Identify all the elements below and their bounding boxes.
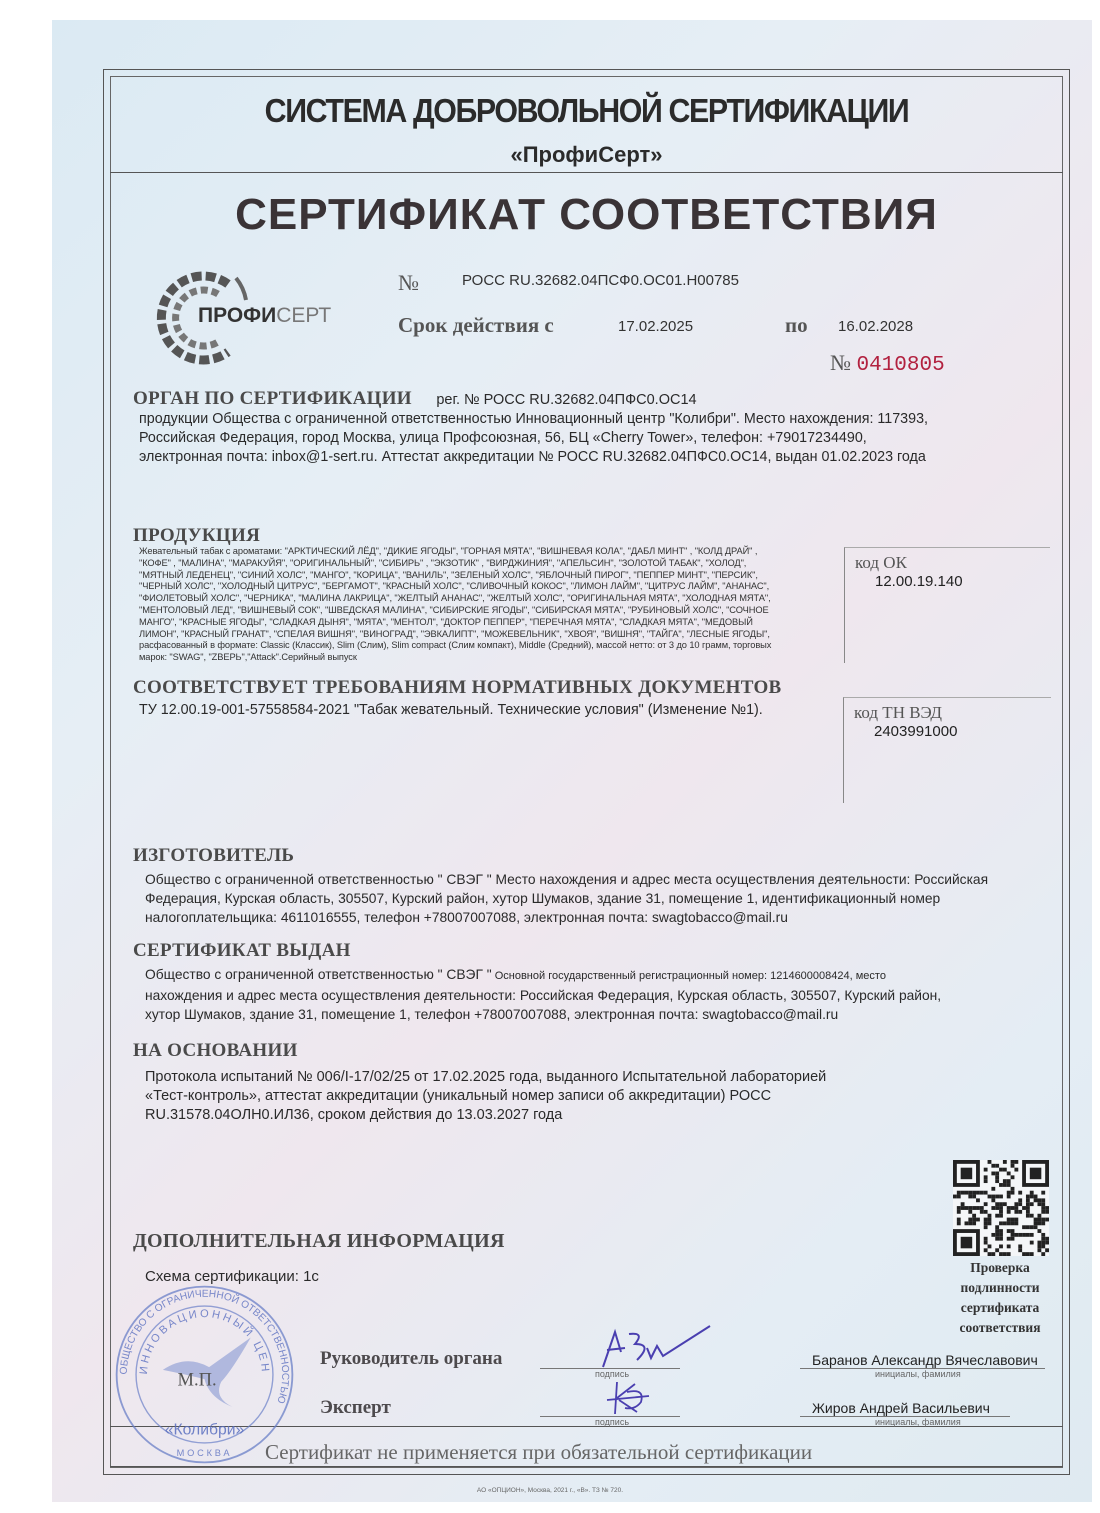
head-signature-icon xyxy=(585,1322,715,1372)
name-caption: инициалы, фамилия xyxy=(875,1417,961,1427)
basis-text: Протокола испытаний № 006/I-17/02/25 от … xyxy=(145,1068,826,1125)
manufacturer-heading: ИЗГОТОВИТЕЛЬ xyxy=(133,845,294,867)
valid-to-label: по xyxy=(785,313,808,338)
expert-signature-icon xyxy=(605,1378,655,1418)
logo-wordmark: ПРОФИСЕРТ xyxy=(198,304,331,328)
system-name: «ПрофиСерт» xyxy=(110,142,1063,168)
okpd-code-box: код ОК 12.00.19.140 xyxy=(844,547,1050,663)
issued-to-text: Общество с ограниченной ответственностью… xyxy=(145,965,941,1024)
expert-name: Жиров Андрей Васильевич xyxy=(812,1400,990,1416)
qr-code-icon[interactable] xyxy=(953,1160,1049,1256)
tnved-code: 2403991000 xyxy=(874,723,1051,740)
divider xyxy=(110,172,1063,173)
standards-text: ТУ 12.00.19-001-57558584-2021 "Табак жев… xyxy=(139,701,763,720)
svg-text:М.П.: М.П. xyxy=(178,1371,217,1391)
serial-number: № 0410805 xyxy=(830,350,945,377)
certification-body-text: продукции Общества с ограниченной ответс… xyxy=(139,410,928,467)
svg-text:«Колибри»: «Колибри» xyxy=(165,1422,245,1439)
profisert-logo: ПРОФИСЕРТ xyxy=(148,270,338,365)
qr-caption: Проверка подлинности сертификата соответ… xyxy=(944,1258,1056,1338)
okpd-code: 12.00.19.140 xyxy=(875,573,1050,590)
expert-label: Эксперт xyxy=(320,1397,391,1419)
product-heading: ПРОДУКЦИЯ xyxy=(133,525,260,547)
head-label: Руководитель органа xyxy=(320,1348,502,1370)
product-description: Жевательный табак с ароматами: "АРКТИЧЕС… xyxy=(139,546,839,664)
name-caption: инициалы, фамилия xyxy=(875,1369,961,1379)
number-label: № xyxy=(398,270,419,296)
document-title: СЕРТИФИКАТ СООТВЕТСТВИЯ xyxy=(110,190,1063,240)
validity-label: Срок действия с xyxy=(398,313,554,338)
valid-from: 17.02.2025 xyxy=(618,318,693,335)
valid-to: 16.02.2028 xyxy=(838,318,913,335)
manufacturer-text: Общество с ограниченной ответственностью… xyxy=(145,870,988,927)
certificate-number: РОСС RU.32682.04ПСФ0.ОС01.Н00785 xyxy=(462,272,739,289)
tnved-code-box: код ТН ВЭД 2403991000 xyxy=(843,697,1051,803)
additional-info-heading: ДОПОЛНИТЕЛЬНАЯ ИНФОРМАЦИЯ xyxy=(133,1230,505,1253)
head-name: Баранов Александр Вячеславович xyxy=(812,1352,1038,1368)
basis-heading: НА ОСНОВАНИИ xyxy=(133,1040,298,1062)
system-title: СИСТЕМА ДОБРОВОЛЬНОЙ СЕРТИФИКАЦИИ xyxy=(148,92,1025,130)
issued-to-heading: СЕРТИФИКАТ ВЫДАН xyxy=(133,940,351,962)
footer-note: Сертификат не применяется при обязательн… xyxy=(265,1440,812,1465)
printer-info: АО «ОПЦИОН», Москва, 2021 г., «В». ТЗ № … xyxy=(0,1487,1100,1494)
standards-heading: СООТВЕТСТВУЕТ ТРЕБОВАНИЯМ НОРМАТИВНЫХ ДО… xyxy=(133,677,782,699)
certification-body-heading: ОРГАН ПО СЕРТИФИКАЦИИ рег. № РОСС RU.326… xyxy=(133,388,697,410)
sign-caption: подпись xyxy=(595,1417,629,1427)
svg-text:МОСКВА: МОСКВА xyxy=(177,1448,233,1458)
